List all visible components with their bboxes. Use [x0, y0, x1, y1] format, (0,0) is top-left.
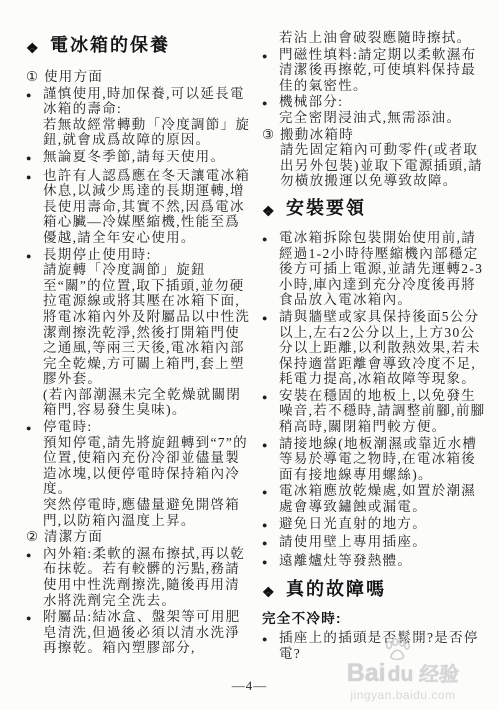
bullet-item-text: 遠離爐灶等發熱體。 — [279, 553, 488, 569]
bullet-item-text: 附屬品:結冰盒、盤架等可用肥皂清洗,但過後必須以清水洗淨再擦乾。箱內塑膠部分, — [43, 609, 252, 656]
section-diamond-icon: ❖ — [262, 578, 286, 603]
watermark-brand-left: Bai — [347, 661, 386, 686]
bullet-item: ● 附屬品:結冰盒、盤架等可用肥皂清洗,但過後必須以清水洗淨再擦乾。箱內塑膠部分… — [26, 609, 252, 656]
bullet-item: ● 電冰箱應放乾燥處,如置於潮濕處會導致鏽蝕或漏電。 — [262, 483, 488, 514]
section-heading-text: 電冰箱的保養 — [50, 34, 252, 56]
watermark-brand-right-wrap: du — [388, 650, 414, 686]
bullet-item-text: 請接地線(地板潮濕或靠近水槽等易於導電之物時,在電冰箱後面有接地線專用螺絲)。 — [279, 436, 488, 483]
continuation-paragraph: 若沾上油會破裂應隨時擦拭。 — [262, 30, 488, 46]
watermark-brand-chinese: 经验 — [418, 664, 460, 686]
circled-number-icon: ① — [26, 69, 44, 85]
bullet-item-text: 門磁性填料:請定期以柔軟濕布清潔後再擦乾,可使填料保持最佳的氣密性。 — [279, 47, 488, 94]
section-heading-refrigerator-care: ❖ 電冰箱的保養 — [26, 34, 252, 59]
bullet-item-text: 無論夏冬季節,請每天使用。 — [43, 149, 252, 165]
bullet-item: ● 機械部分: 完全密閉浸油式,無需添油。 — [262, 94, 488, 125]
bullet-icon: ● — [262, 436, 279, 454]
bullet-item-text: 避免日光直射的地方。 — [279, 516, 488, 532]
bullet-icon: ● — [262, 483, 279, 501]
bullet-item: ● 請與牆壁或家具保持後面5公分以上,左右2公分以上,上方30公分以上距離,以利… — [262, 309, 488, 387]
section-heading-text: 安裝要領 — [286, 197, 488, 219]
bullet-icon: ● — [262, 516, 279, 534]
paragraph-text: 若沾上油會破裂應隨時擦拭。 — [279, 30, 488, 46]
bullet-item-text: 機械部分: 完全密閉浸油式,無需添油。 — [279, 94, 488, 125]
numbered-item-text: 清潔方面 — [44, 529, 252, 545]
section-diamond-icon: ❖ — [26, 34, 50, 59]
sub-label-text: 完全不冷時: — [262, 611, 488, 627]
section-heading-troubleshooting: ❖ 真的故障嗎 — [262, 578, 488, 603]
bullet-item: ● 電冰箱拆除包裝開始使用前,請經過1-2小時待壓縮機內部穩定後方可插上電源,並… — [262, 230, 488, 308]
section-diamond-icon: ❖ — [262, 197, 286, 222]
bullet-icon: ● — [26, 419, 43, 437]
watermark-logo: Bai du 经验 — [323, 650, 483, 686]
section-heading-installation: ❖ 安裝要領 — [262, 197, 488, 222]
bullet-item: ● 避免日光直射的地方。 — [262, 516, 488, 534]
bullet-item: ● 請使用壁上專用插座。 — [262, 534, 488, 552]
bullet-icon: ● — [26, 86, 43, 104]
bullet-item: ● 門磁性填料:請定期以柔軟濕布清潔後再擦乾,可使填料保持最佳的氣密性。 — [262, 47, 488, 94]
bullet-icon: ● — [262, 94, 279, 112]
sub-label-not-cooling: 完全不冷時: — [262, 611, 488, 627]
bullet-icon: ● — [262, 534, 279, 552]
bullet-item-text: 停電時: 預知停電,請先將旋鈕轉到“7”的位置,使箱內充份冷卻並儘量製造冰塊,以… — [43, 419, 252, 528]
baidu-watermark: Bai du 经验 jingyan.baid — [323, 650, 483, 702]
section-heading-text: 真的故障嗎 — [286, 578, 488, 600]
bullet-item-text: 電冰箱應放乾燥處,如置於潮濕處會導致鏽蝕或漏電。 — [279, 483, 488, 514]
bullet-item-text: 請與牆壁或家具保持後面5公分以上,左右2公分以上,上方30公分以上距離,以利散熱… — [279, 309, 488, 387]
right-column: 若沾上油會破裂應隨時擦拭。 ● 門磁性填料:請定期以柔軟濕布清潔後再擦乾,可使填… — [262, 30, 488, 662]
bullet-icon: ● — [26, 247, 43, 265]
bullet-item-text: 內外箱:柔軟的濕布擦拭,再以乾布抹乾。若有較髒的污點,務請使用中性洗劑擦洗,隨後… — [43, 546, 252, 608]
bullet-icon: ● — [26, 609, 43, 627]
bullet-icon: ● — [262, 553, 279, 571]
bullet-item: ● 也許有人認爲應在冬天讓電冰箱休息,以減少馬達的長期運轉,增長使用壽命,其實不… — [26, 168, 252, 246]
bullet-icon: ● — [262, 630, 279, 648]
bullet-item: ● 請接地線(地板潮濕或靠近水槽等易於導電之物時,在電冰箱後面有接地線專用螺絲)… — [262, 436, 488, 483]
bullet-item: ● 謹慎使用,時加保養,可以延長電冰箱的壽命: 若無故經常轉動「冷度調節」旋鈕,… — [26, 86, 252, 148]
bullet-item: ● 安裝在穩固的地板上,以免發生噪音,若不穩時,請調整前腳,前腳稍高時,關閉箱門… — [262, 388, 488, 435]
bullet-item-text: 請使用壁上專用插座。 — [279, 534, 488, 550]
bullet-item: ● 內外箱:柔軟的濕布擦拭,再以乾布抹乾。若有較髒的污點,務請使用中性洗劑擦洗,… — [26, 546, 252, 608]
bullet-item: ● 長期停止使用時: 請旋轉「冷度調節」旋鈕至“關”的位置,取下插頭,並勿硬拉電… — [26, 247, 252, 419]
numbered-item-cleaning: ② 清潔方面 — [26, 529, 252, 545]
bullet-item-text: 安裝在穩固的地板上,以免發生噪音,若不穩時,請調整前腳,前腳稍高時,關閉箱門較方… — [279, 388, 488, 435]
paw-icon — [384, 638, 410, 665]
watermark-brand-right: du — [388, 663, 414, 686]
bullet-item: ● 無論夏冬季節,請每天使用。 — [26, 149, 252, 167]
circled-number-icon: ③ — [262, 127, 280, 143]
watermark-url: jingyan.baidu.com — [323, 688, 483, 702]
bullet-item-text: 電冰箱拆除包裝開始使用前,請經過1-2小時待壓縮機內部穩定後方可插上電源,並請先… — [279, 230, 488, 308]
bullet-item-text: 也許有人認爲應在冬天讓電冰箱休息,以減少馬達的長期運轉,增長使用壽命,其實不然,… — [43, 168, 252, 246]
numbered-item-text: 使用方面 — [44, 69, 252, 85]
bullet-item: ● 遠離爐灶等發熱體。 — [262, 553, 488, 571]
bullet-item-text: 謹慎使用,時加保養,可以延長電冰箱的壽命: 若無故經常轉動「冷度調節」旋鈕,就會… — [43, 86, 252, 148]
bullet-item-text: 長期停止使用時: 請旋轉「冷度調節」旋鈕至“關”的位置,取下插頭,並勿硬拉電源線… — [43, 247, 252, 419]
numbered-item-moving: ③ 搬動冰箱時 請先固定箱內可動零件(或者取出另外包裝)並取下電源插頭,請勿橫放… — [262, 127, 488, 189]
bullet-icon: ● — [262, 230, 279, 248]
circled-number-icon: ② — [26, 529, 44, 545]
numbered-item-usage: ① 使用方面 — [26, 69, 252, 85]
bullet-icon: ● — [26, 546, 43, 564]
bullet-icon: ● — [262, 388, 279, 406]
bullet-icon: ● — [26, 168, 43, 186]
bullet-item: ● 停電時: 預知停電,請先將旋鈕轉到“7”的位置,使箱內充份冷卻並儘量製造冰塊… — [26, 419, 252, 528]
bullet-icon: ● — [262, 309, 279, 327]
bullet-icon: ● — [262, 47, 279, 65]
bullet-icon: ● — [26, 149, 43, 167]
document-page: ❖ 電冰箱的保養 ① 使用方面 ● 謹慎使用,時加保養,可以延長電冰箱的壽命: … — [0, 0, 499, 710]
numbered-item-text: 搬動冰箱時 請先固定箱內可動零件(或者取出另外包裝)並取下電源插頭,請勿橫放搬運… — [280, 127, 488, 189]
left-column: ❖ 電冰箱的保養 ① 使用方面 ● 謹慎使用,時加保養,可以延長電冰箱的壽命: … — [26, 34, 252, 657]
